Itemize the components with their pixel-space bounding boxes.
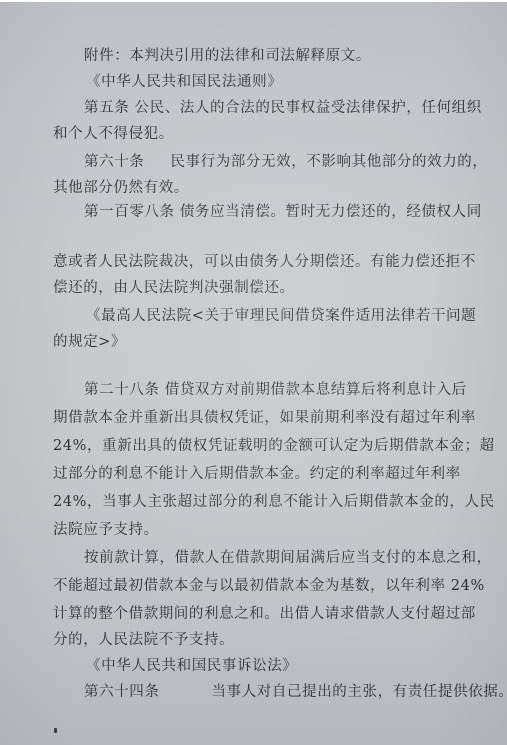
article-number: 第六十四条 [84, 684, 160, 700]
article-number: 第六十条 [84, 154, 144, 170]
article-text: 民事行为部分无效，不影响其他部分的效力的， [170, 154, 487, 170]
article-108-line-1: 第一百零八条 债务应当清偿。暂时无力偿还的，经债权人同 [84, 202, 482, 222]
article-64-line-1: 第六十四条当事人对自己提出的主张，有责任提供依据。 [84, 682, 507, 702]
article-text: 公民、法人的合法的民事权益受法律保护，任何组织 [135, 100, 482, 116]
article-28-line-4: 过部分的利息不能计入后期借款本金。约定的利率超过年利率 [53, 464, 461, 484]
article-108-line-2: 意或者人民法院裁决，可以由债务人分期偿还。有能力偿还拒不 [53, 252, 476, 272]
article-28-line-6: 法院应予支持。 [53, 520, 159, 540]
article-5-line-1: 第五条 公民、法人的合法的民事权益受法律保护，任何组织 [84, 98, 482, 118]
law-title-civil-general-principles: 《中华人民共和国民法通则》 [86, 72, 282, 92]
article-28-para2-line-1: 按前款计算，借款人在借款期间届满后应当支付的本息之和， [84, 548, 492, 568]
appendix-title: 附件：本判决引用的法律和司法解释原文。 [84, 46, 371, 66]
article-5-line-2: 和个人不得侵犯。 [53, 124, 174, 144]
article-60-line-1: 第六十条民事行为部分无效，不影响其他部分的效力的， [84, 152, 488, 172]
article-text: 借贷双方对前期借款本息结算后将利息计入后 [165, 382, 467, 398]
scanned-document-page: 附件：本判决引用的法律和司法解释原文。 《中华人民共和国民法通则》 第五条 公民… [0, 2, 507, 745]
article-28-line-3: 24%，重新出具的债权凭证载明的金额可认定为后期借款本金；超 [53, 436, 495, 456]
article-text: 债务应当清偿。暂时无力偿还的，经债权人同 [180, 204, 482, 220]
article-text: 当事人对自己提出的主张，有责任提供依据。 [212, 684, 507, 700]
article-28-line-1: 第二十八条 借贷双方对前期借款本息结算后将利息计入后 [84, 380, 467, 400]
page-number-mark [54, 728, 57, 733]
law-title-private-lending-line-2: 的规定>》 [53, 332, 126, 352]
article-108-line-3: 偿还的，由人民法院判决强制偿还。 [53, 278, 295, 298]
law-title-private-lending-line-1: 《最高人民法院<关于审理民间借贷案件适用法律若干问题 [86, 306, 476, 326]
article-number: 第一百零八条 [84, 204, 175, 220]
article-28-line-5: 24%，当事人主张超过部分的利息不能计入后期借款本金的，人民 [53, 492, 495, 512]
article-number: 第五条 [84, 100, 129, 116]
article-28-para2-line-4: 分的，人民法院不予支持。 [53, 630, 234, 650]
article-28-para2-line-3: 计算的整个借款期间的利息之和。出借人请求借款人支付超过部 [53, 604, 476, 624]
law-title-civil-procedure: 《中华人民共和国民事诉讼法》 [86, 656, 297, 676]
article-28-para2-line-2: 不能超过最初借款本金与以最初借款本金为基数，以年利率 24% [53, 576, 485, 596]
article-28-line-2: 期借款本金并重新出具债权凭证，如果前期利率没有超过年利率 [53, 408, 476, 428]
article-60-line-2: 其他部分仍然有效。 [53, 178, 189, 198]
article-number: 第二十八条 [84, 382, 160, 398]
